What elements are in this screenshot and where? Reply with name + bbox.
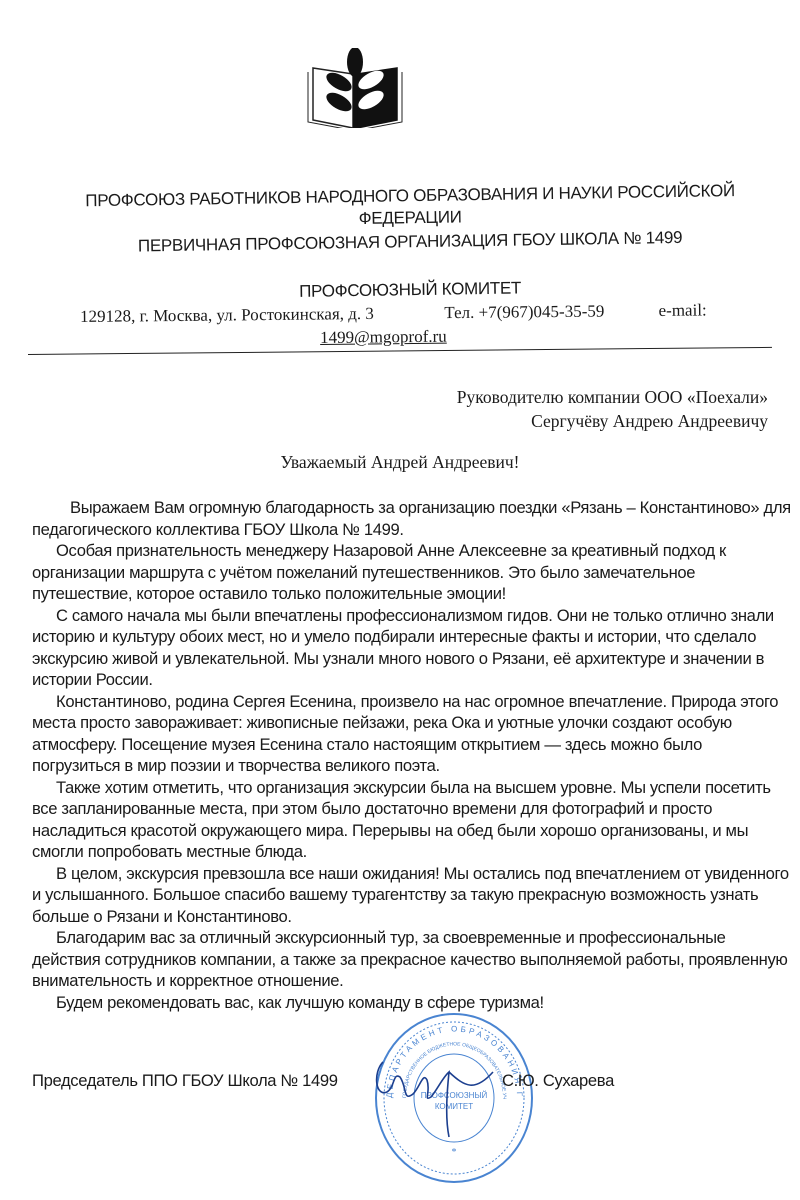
paragraph: Особая признательность менеджеру Назаров… <box>32 540 792 605</box>
greeting: Уважаемый Андрей Андреевич! <box>0 452 800 473</box>
paragraph: Выражаем Вам огромную благодарность за о… <box>32 497 792 540</box>
contact-line: 129128, г. Москва, ул. Ростокинская, д. … <box>80 300 760 327</box>
letter-body: Выражаем Вам огромную благодарность за о… <box>32 497 792 1013</box>
svg-text:*: * <box>452 1147 457 1158</box>
handwritten-signature-icon <box>365 1042 515 1142</box>
paragraph: С самого начала мы были впечатлены профе… <box>32 605 792 691</box>
address: 129128, г. Москва, ул. Ростокинская, д. … <box>80 303 440 327</box>
paragraph: Константиново, родина Сергея Есенина, пр… <box>32 691 792 777</box>
paragraph: В целом, экскурсия превзошла все наши ож… <box>32 863 792 928</box>
paragraph: Также хотим отметить, что организация эк… <box>32 777 792 863</box>
addressee-line-2: Сергучёву Андрею Андреевичу <box>457 409 768 433</box>
email-link[interactable]: 1499@mgoprof.ru <box>320 327 447 348</box>
book-wheat-logo-icon <box>305 48 405 128</box>
addressee-block: Руководителю компании ООО «Поехали» Серг… <box>457 385 768 433</box>
letterhead-divider <box>28 347 772 355</box>
signatory-name: С.Ю. Сухарева <box>502 1071 614 1091</box>
paragraph: Благодарим вас за отличный экскурсионный… <box>32 927 792 992</box>
phone: Тел. +7(967)045-35-59 <box>444 301 654 323</box>
signatory-title: Председатель ППО ГБОУ Школа № 1499 <box>32 1071 338 1091</box>
addressee-line-1: Руководителю компании ООО «Поехали» <box>457 385 768 409</box>
email-label: e-mail: <box>658 300 706 321</box>
